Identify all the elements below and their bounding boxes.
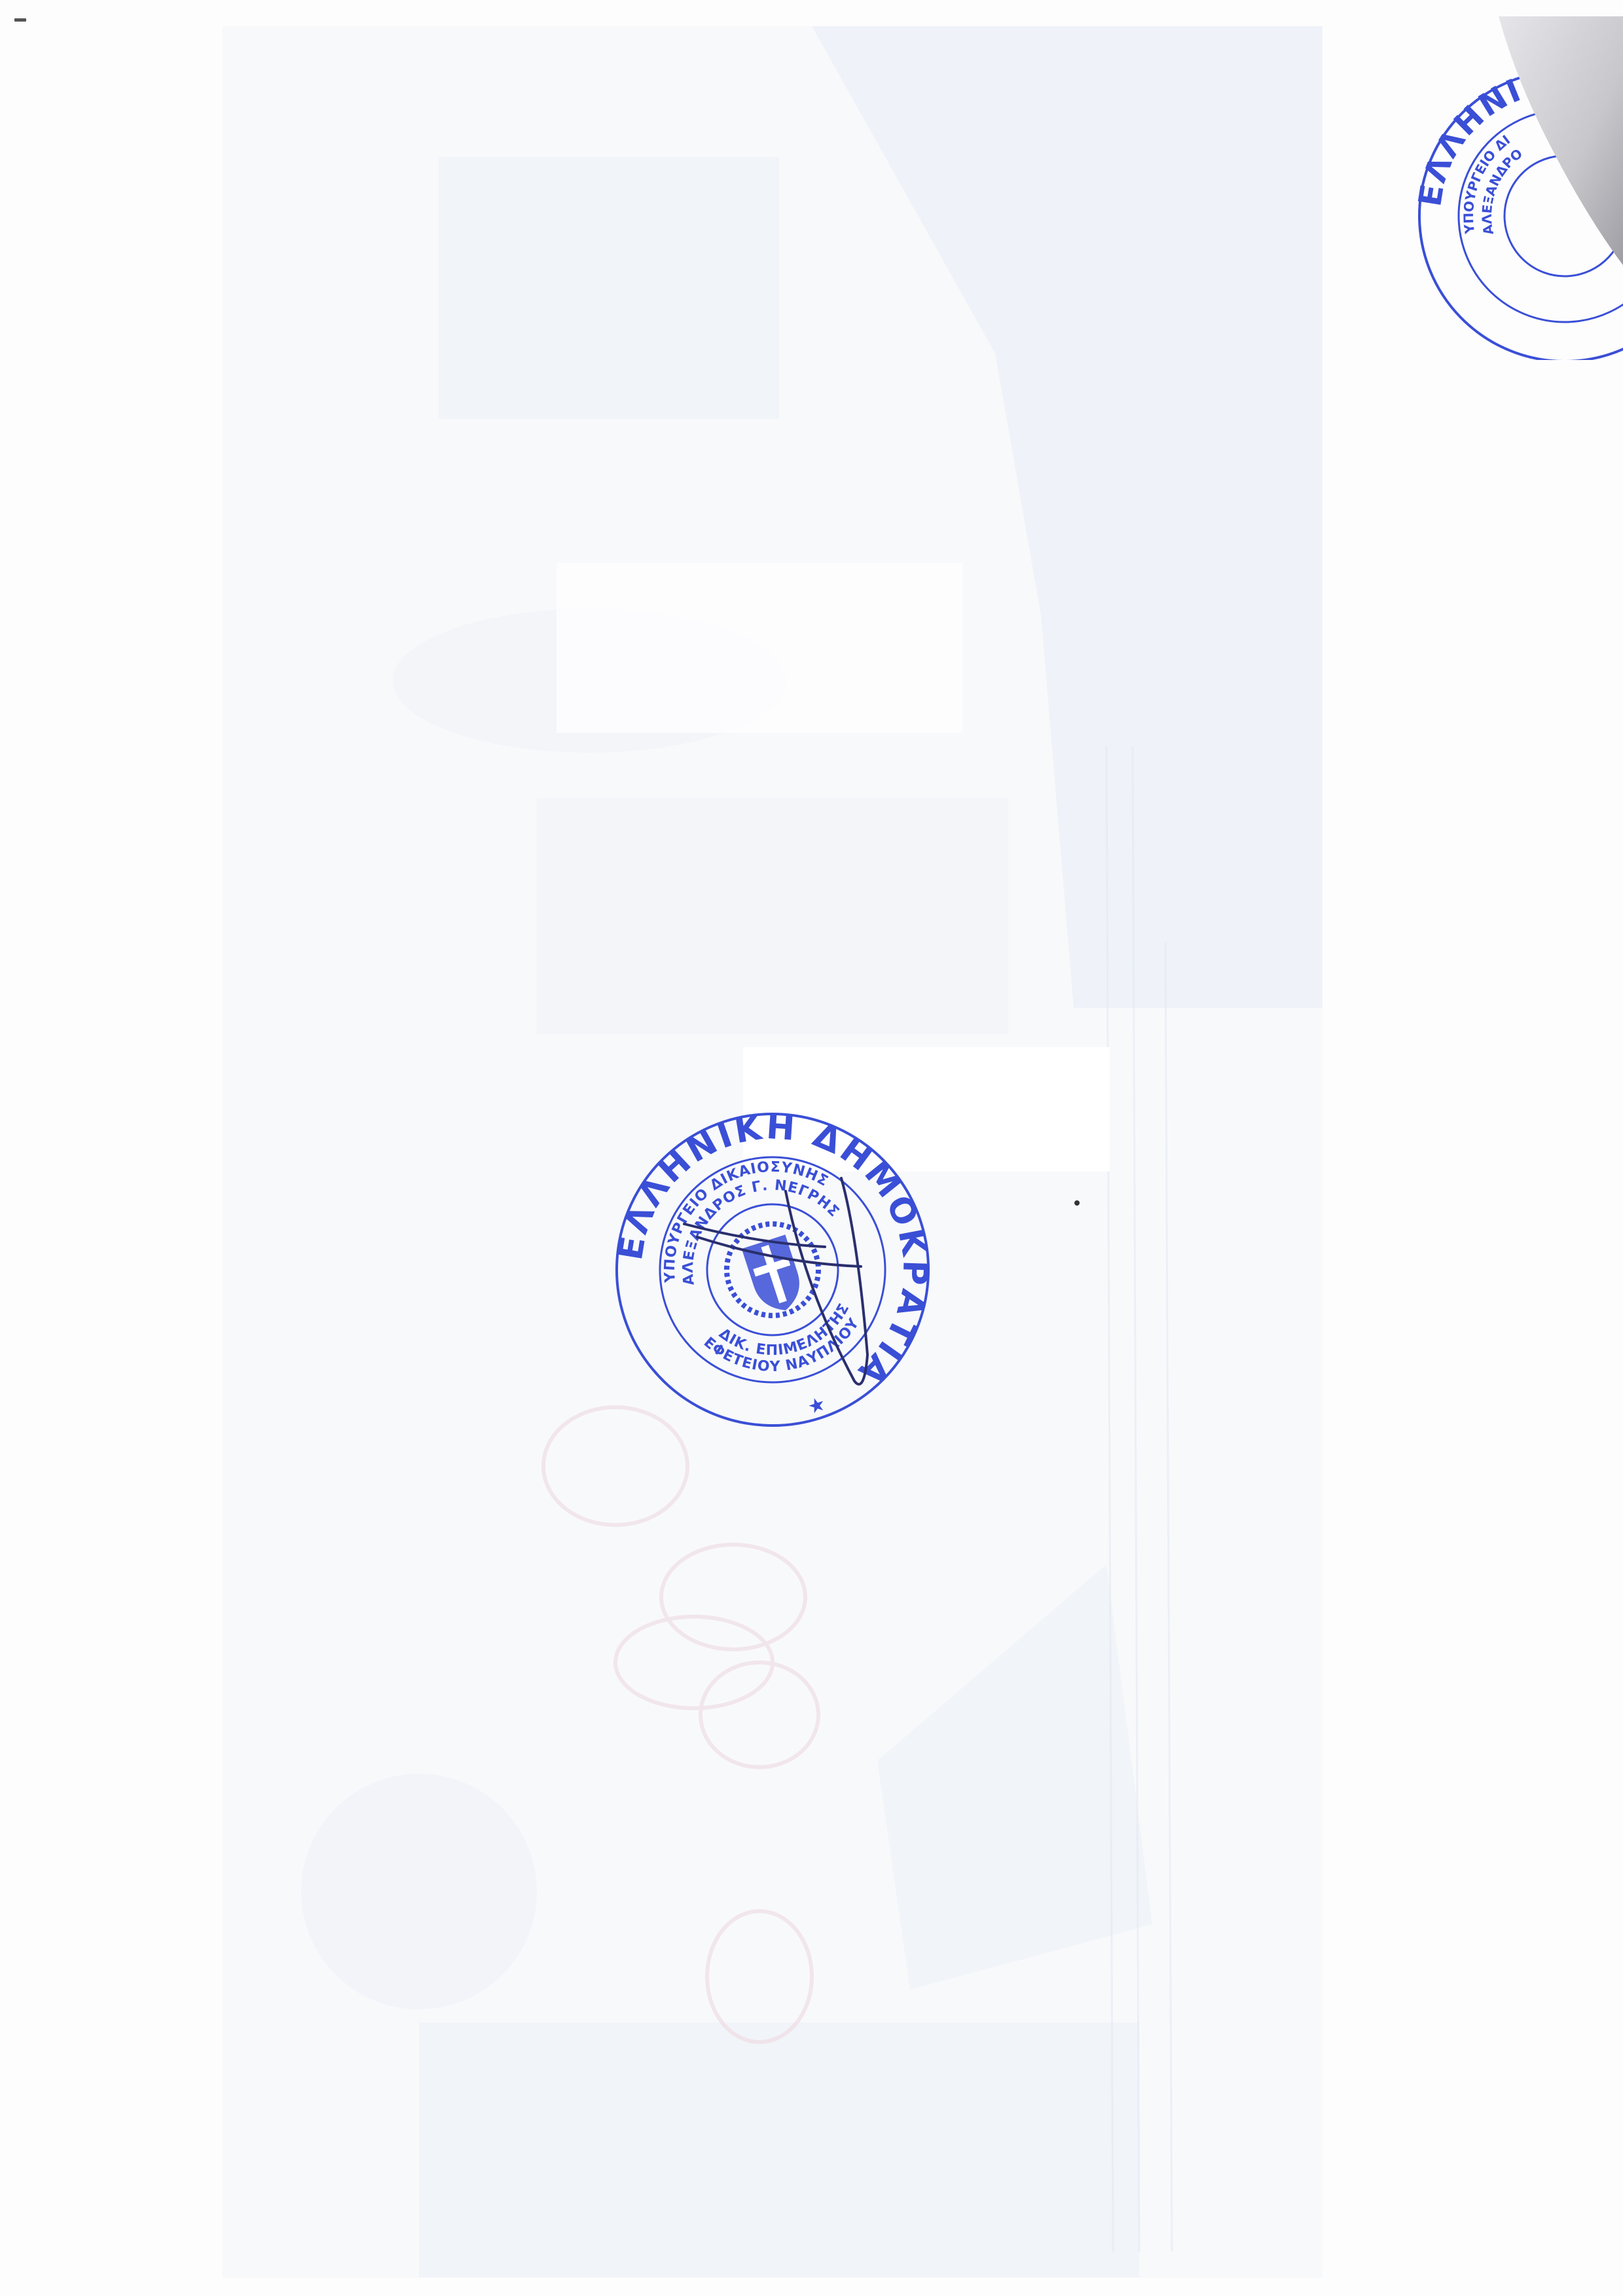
ink-speck xyxy=(1074,1200,1080,1206)
coat-of-arms-icon xyxy=(715,1212,830,1327)
official-stamp: ΕΛΛΗΝΙΚΗ ΔΗΜΟΚΡΑΤΙΑ ΥΠΟΥΡΓΕΙΟ ΔΙΚΑΙΟΣΥΝΗ… xyxy=(609,1106,936,1433)
scan-mark xyxy=(14,18,26,22)
folded-page-corner xyxy=(1486,16,1623,278)
document-page: ΕΛΛΗΝΙΚΗ ΔΗΜΟΚΡΑΤΙΑ ΥΠΟΥΡΓΕΙΟ ΔΙΚΑΙΟΣΥΝΗ… xyxy=(0,0,1623,2296)
